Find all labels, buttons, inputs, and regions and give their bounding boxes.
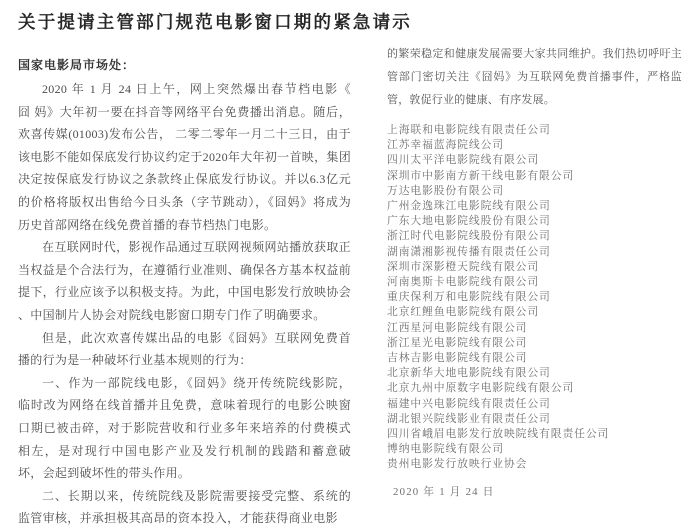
signatory-company: 浙江星光电影院线有限公司 bbox=[387, 336, 682, 351]
document-page: 关于提请主管部门规范电影窗口期的紧急请示 国家电影局市场处： 2020 年 1 … bbox=[0, 0, 700, 525]
signatory-company: 浙江时代电影院线股份有限公司 bbox=[387, 229, 682, 244]
paragraph-continuation: 的繁荣稳定和健康发展需要大家共同维护。我们热切呼吁主管部门密切关注《囧妈》为互联… bbox=[387, 43, 682, 112]
right-column: 的繁荣稳定和健康发展需要大家共同维护。我们热切呼吁主管部门密切关注《囧妈》为互联… bbox=[387, 43, 682, 500]
paragraph-line: 囧 妈》大年初一要在抖音等网络平台免费播出消息。随后， bbox=[18, 101, 351, 124]
paragraph-line: 监管审核，并承担极其高昂的资本投入，才能获得商业电影 bbox=[18, 507, 351, 525]
paragraph-line: 在互联网时代，影视作品通过互联网视频网站播放获取正 bbox=[18, 236, 351, 259]
paragraph-line: 播的行为是一种破坏行业基本规则的行为： bbox=[18, 349, 351, 372]
signatory-company: 北京红鲤鱼电影院线有限公司 bbox=[387, 305, 682, 320]
paragraph-point-one: 一、作为一部院线电影，《囧妈》绕开传统院线影院，临时改为网络在线首播并且免费，意… bbox=[18, 372, 351, 485]
signatory-company: 博纳电影院线有限公司 bbox=[387, 442, 682, 457]
signatory-company: 万达电影股份有限公司 bbox=[387, 184, 682, 199]
paragraph-line: 决定按保底发行协议之条款终止保底发行协议。并以6.3亿元 bbox=[18, 168, 351, 191]
signatory-company: 四川省峨眉电影发行放映院线有限责任公司 bbox=[387, 427, 682, 442]
signatory-company: 深圳市中影南方新干线电影有限公司 bbox=[387, 169, 682, 184]
paragraph-intro: 2020 年 1 月 24 日上午，网上突然爆出春节档电影《囧 妈》大年初一要在… bbox=[18, 78, 351, 236]
paragraph-line: 历史首部网络在线免费首播的春节档热门电影。 bbox=[18, 214, 351, 237]
signatory-company: 贵州电影发行放映行业协会 bbox=[387, 457, 682, 472]
signatory-company: 深圳市深影橙天院线有限公司 bbox=[387, 260, 682, 275]
signatory-company: 江苏幸福蓝海院线公司 bbox=[387, 138, 682, 153]
paragraph-line: 的价格将版权出售给今日头条（字节跳动），《囧妈》将成为 bbox=[18, 191, 351, 214]
signatory-company: 上海联和电影院线有限责任公司 bbox=[387, 123, 682, 138]
paragraph-line: 欢喜传媒(01003)发布公告， 二零二零年一月二十三日，由于 bbox=[18, 123, 351, 146]
paragraph-line: 口期已被击碎，对于影院营收和行业多年来培养的付费模式 bbox=[18, 417, 351, 440]
signatory-company: 福建中兴电影院线有限责任公司 bbox=[387, 397, 682, 412]
signatory-list: 上海联和电影院线有限责任公司江苏幸福蓝海院线公司四川太平洋电影院线有限公司深圳市… bbox=[387, 123, 682, 473]
paragraph-line: 提下，行业应该予以积极支持。为此，中国电影发行放映协会 bbox=[18, 281, 351, 304]
paragraph-line: 二、长期以来，传统院线及影院需要接受完整、系统的 bbox=[18, 485, 351, 508]
signatory-company: 吉林吉影电影院线有限公司 bbox=[387, 351, 682, 366]
left-column: 关于提请主管部门规范电影窗口期的紧急请示 国家电影局市场处： 2020 年 1 … bbox=[18, 10, 351, 525]
paragraph-line: 该电影不能如保底发行协议约定于2020年大年初一首映，集团 bbox=[18, 146, 351, 169]
signatory-company: 北京九州中原数字电影院线有限公司 bbox=[387, 381, 682, 396]
paragraph-line: 坏，会起到破坏性的带头作用。 bbox=[18, 462, 351, 485]
signatory-company: 北京新华大地电影院线有限公司 bbox=[387, 366, 682, 381]
signatory-company: 湖南潇湘影视传播有限责任公司 bbox=[387, 245, 682, 260]
paragraph-line: 临时改为网络在线首播并且免费，意味着现行的电影公映窗 bbox=[18, 394, 351, 417]
paragraph-line: 相左，是对现行中国电影产业及发行机制的践踏和蓄意破 bbox=[18, 440, 351, 463]
paragraph-internet-era: 在互联网时代，影视作品通过互联网视频网站播放获取正当权益是个合法行为，在遵循行业… bbox=[18, 236, 351, 326]
paragraph-line: 的繁荣稳定和健康发展需要大家共同维护。我们热切呼吁主 bbox=[387, 43, 682, 66]
signatory-company: 广东大地电影院线股份有限公司 bbox=[387, 214, 682, 229]
paragraph-line: 、中国制片人协会对院线电影窗口期专门作了明确要求。 bbox=[18, 304, 351, 327]
signatory-company: 四川太平洋电影院线有限公司 bbox=[387, 153, 682, 168]
document-date: 2020 年 1 月 24 日 bbox=[387, 485, 682, 500]
paragraph-however: 但是，此次欢喜传媒出品的电影《囧妈》互联网免费首播的行为是一种破坏行业基本规则的… bbox=[18, 327, 351, 372]
paragraph-line: 2020 年 1 月 24 日上午，网上突然爆出春节档电影《 bbox=[18, 78, 351, 101]
signatory-company: 江西星河电影院线有限公司 bbox=[387, 321, 682, 336]
signatory-company: 广州金逸珠江电影院线有限公司 bbox=[387, 199, 682, 214]
signatory-company: 湖北银兴院线影业有限责任公司 bbox=[387, 412, 682, 427]
signatory-company: 重庆保利万和电影院线有限公司 bbox=[387, 290, 682, 305]
paragraph-line: 一、作为一部院线电影，《囧妈》绕开传统院线影院， bbox=[18, 372, 351, 395]
paragraph-line: 当权益是个合法行为，在遵循行业准则、确保各方基本权益前 bbox=[18, 259, 351, 282]
document-title: 关于提请主管部门规范电影窗口期的紧急请示 bbox=[18, 10, 351, 34]
paragraph-point-two: 二、长期以来，传统院线及影院需要接受完整、系统的监管审核，并承担极其高昂的资本投… bbox=[18, 485, 351, 525]
paragraph-line: 管，敦促行业的健康、有序发展。 bbox=[387, 89, 682, 112]
signatory-company: 河南奥斯卡电影院线有限公司 bbox=[387, 275, 682, 290]
paragraph-line: 管部门密切关注《囧妈》为互联网免费首播事件，严格监 bbox=[387, 66, 682, 89]
addressee: 国家电影局市场处： bbox=[18, 55, 351, 75]
paragraph-line: 但是，此次欢喜传媒出品的电影《囧妈》互联网免费首 bbox=[18, 327, 351, 350]
